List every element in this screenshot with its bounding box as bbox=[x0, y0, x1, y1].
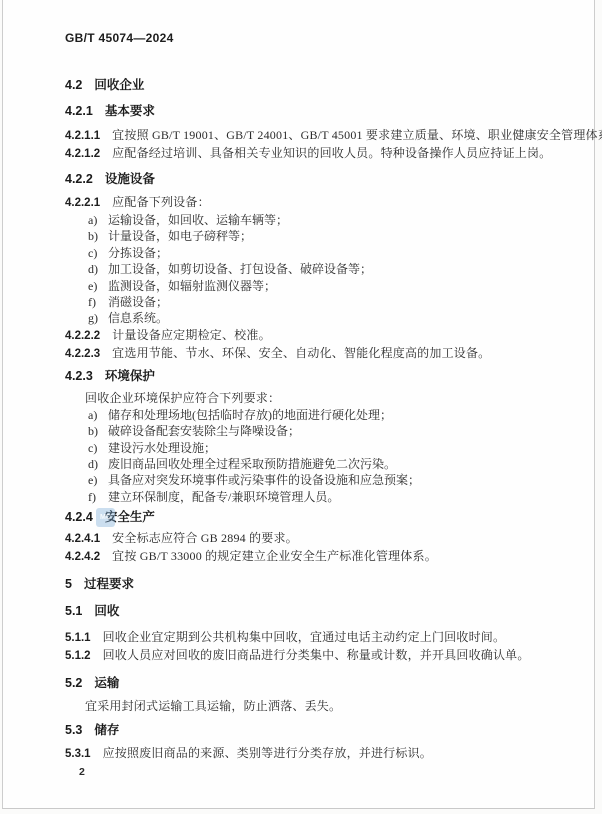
clause-5-1-1: 5.1.1回收企业宜定期到公共机构集中回收，宜通过电话主动约定上门回收时间。 bbox=[65, 629, 566, 647]
clause-4-2-2-1: 4.2.2.1应配备下列设备： bbox=[65, 194, 566, 212]
list-item-text: 破碎设备配套安装除尘与降噪设备； bbox=[108, 424, 300, 438]
list-marker: a) bbox=[88, 407, 101, 423]
section-number: 4.2.4 bbox=[65, 510, 93, 524]
clause-text: 宜按照 GB/T 19001、GB/T 24001、GB/T 45001 要求建… bbox=[112, 128, 602, 142]
list-item: f)消磁设备； bbox=[88, 294, 566, 310]
list-marker: a) bbox=[88, 212, 101, 228]
section-title: 运输 bbox=[94, 676, 119, 690]
section-number: 4.2.1 bbox=[65, 104, 93, 118]
clause-4-2-4-2: 4.2.4.2宜按 GB/T 33000 的规定建立企业安全生产标准化管理体系。 bbox=[65, 548, 566, 566]
list-item: g)信息系统。 bbox=[88, 310, 566, 326]
clause-4-2-1-1: 4.2.1.1宜按照 GB/T 19001、GB/T 24001、GB/T 45… bbox=[65, 127, 566, 145]
list-item: a)储存和处理场地(包括临时存放)的地面进行硬化处理； bbox=[88, 407, 566, 423]
clause-text: 应按照废旧商品的来源、类别等进行分类存放，并进行标识。 bbox=[103, 746, 432, 760]
clause-text: 宜选用节能、节水、环保、安全、自动化、智能化程度高的加工设备。 bbox=[112, 346, 490, 360]
list-marker: b) bbox=[88, 228, 101, 244]
list-marker: f) bbox=[88, 489, 101, 505]
list-marker: d) bbox=[88, 456, 101, 472]
clause-5-1-2: 5.1.2回收人员应对回收的废旧商品进行分类集中、称量或计数，并开具回收确认单。 bbox=[65, 647, 566, 665]
clause-number: 4.2.4.1 bbox=[65, 533, 100, 545]
section-heading-4-2-2: 4.2.2设施设备 bbox=[65, 171, 566, 188]
list-item-text: 计量设备，如电子磅秤等； bbox=[108, 229, 252, 243]
clause-4-2-1-2: 4.2.1.2应配备经过培训、具备相关专业知识的回收人员。特种设备操作人员应持证… bbox=[65, 145, 566, 163]
list-marker: e) bbox=[88, 278, 101, 294]
clause-number: 4.2.2.3 bbox=[65, 348, 100, 360]
list-item: d)废旧商品回收处理全过程采取预防措施避免二次污染。 bbox=[88, 456, 566, 472]
section-title: 回收 bbox=[94, 604, 119, 618]
section-heading-5: 5过程要求 bbox=[65, 576, 566, 593]
list-marker: f) bbox=[88, 294, 101, 310]
section-heading-4-2-1: 4.2.1基本要求 bbox=[65, 103, 566, 120]
list-item: c)分拣设备； bbox=[88, 245, 566, 261]
list-marker: d) bbox=[88, 261, 101, 277]
clause-text: 应配备经过培训、具备相关专业知识的回收人员。特种设备操作人员应持证上岗。 bbox=[112, 146, 551, 160]
section-heading-4-2: 4.2回收企业 bbox=[65, 77, 566, 94]
clause-4-2-2-2: 4.2.2.2计量设备应定期检定、校准。 bbox=[65, 327, 566, 345]
list-item-text: 具备应对突发环境事件或污染事件的设备设施和应急预案； bbox=[108, 473, 420, 487]
clause-number: 4.2.1.1 bbox=[65, 130, 100, 142]
document-page: GB/T 45074—2024 4.2回收企业 4.2.1基本要求 4.2.1.… bbox=[2, 0, 595, 809]
section-title: 回收企业 bbox=[94, 78, 144, 92]
list-item: b)计量设备，如电子磅秤等； bbox=[88, 228, 566, 244]
section-number: 4.2.3 bbox=[65, 369, 93, 383]
section-title: 过程要求 bbox=[84, 577, 134, 591]
section-title: 安全生产 bbox=[105, 510, 155, 524]
list-item-text: 加工设备，如剪切设备、打包设备、破碎设备等； bbox=[108, 262, 372, 276]
list-item-text: 建设污水处理设施； bbox=[108, 441, 216, 455]
page-number: 2 bbox=[79, 765, 566, 780]
clause-text: 回收企业宜定期到公共机构集中回收，宜通过电话主动约定上门回收时间。 bbox=[103, 630, 506, 644]
list-item: f)建立环保制度，配备专/兼职环境管理人员。 bbox=[88, 489, 566, 505]
section-heading-5-1: 5.1回收 bbox=[65, 603, 566, 620]
section-number: 4.2.2 bbox=[65, 172, 93, 186]
list-marker: b) bbox=[88, 423, 101, 439]
clause-number: 5.1.2 bbox=[65, 650, 91, 662]
list-marker: c) bbox=[88, 440, 101, 456]
clause-4-2-2-3: 4.2.2.3宜选用节能、节水、环保、安全、自动化、智能化程度高的加工设备。 bbox=[65, 345, 566, 363]
list-item-text: 建立环保制度，配备专/兼职环境管理人员。 bbox=[108, 490, 339, 504]
list-item-text: 消磁设备； bbox=[108, 295, 168, 309]
section-title: 设施设备 bbox=[105, 172, 155, 186]
section-heading-5-2: 5.2运输 bbox=[65, 675, 566, 692]
clause-4-2-4-1: 4.2.4.1安全标志应符合 GB 2894 的要求。 bbox=[65, 530, 566, 548]
section-title: 基本要求 bbox=[105, 104, 155, 118]
list-item: b)破碎设备配套安装除尘与降噪设备； bbox=[88, 423, 566, 439]
section-heading-5-3: 5.3储存 bbox=[65, 722, 566, 739]
list-item-text: 信息系统。 bbox=[108, 311, 168, 325]
list-item: e)具备应对突发环境事件或污染事件的设备设施和应急预案； bbox=[88, 472, 566, 488]
list-item-text: 储存和处理场地(包括临时存放)的地面进行硬化处理； bbox=[108, 408, 392, 422]
section-number: 5.3 bbox=[65, 723, 82, 737]
clause-number: 4.2.2.1 bbox=[65, 197, 100, 209]
clause-text: 宜按 GB/T 33000 的规定建立企业安全生产标准化管理体系。 bbox=[112, 549, 437, 563]
section-number: 5.2 bbox=[65, 676, 82, 690]
standard-number-header: GB/T 45074—2024 bbox=[65, 30, 566, 47]
clause-number: 4.2.1.2 bbox=[65, 148, 100, 160]
list-item-text: 运输设备，如回收、运输车辆等； bbox=[108, 213, 288, 227]
list-item: e)监测设备，如辐射监测仪器等； bbox=[88, 278, 566, 294]
paragraph: 宜采用封闭式运输工具运输，防止洒落、丢失。 bbox=[65, 698, 566, 715]
clause-text: 应配备下列设备： bbox=[112, 195, 210, 209]
list-item: a)运输设备，如回收、运输车辆等； bbox=[88, 212, 566, 228]
list-item: d)加工设备，如剪切设备、打包设备、破碎设备等； bbox=[88, 261, 566, 277]
clause-number: 5.1.1 bbox=[65, 632, 91, 644]
section-number: 4.2 bbox=[65, 78, 82, 92]
list-marker: g) bbox=[88, 310, 101, 326]
clause-5-3-1: 5.3.1应按照废旧商品的来源、类别等进行分类存放，并进行标识。 bbox=[65, 745, 566, 763]
list-marker: e) bbox=[88, 472, 101, 488]
document-content: GB/T 45074—2024 4.2回收企业 4.2.1基本要求 4.2.1.… bbox=[3, 0, 594, 780]
list-item: c)建设污水处理设施； bbox=[88, 440, 566, 456]
paragraph: 回收企业环境保护应符合下列要求： bbox=[65, 390, 566, 407]
list-item-text: 分拣设备； bbox=[108, 246, 168, 260]
section-title: 储存 bbox=[94, 723, 119, 737]
section-number: 5.1 bbox=[65, 604, 82, 618]
section-number: 5 bbox=[65, 577, 72, 591]
clause-number: 5.3.1 bbox=[65, 748, 91, 760]
list-item-text: 监测设备，如辐射监测仪器等； bbox=[108, 279, 276, 293]
list-marker: c) bbox=[88, 245, 101, 261]
clause-text: 回收人员应对回收的废旧商品进行分类集中、称量或计数，并开具回收确认单。 bbox=[103, 648, 530, 662]
section-title: 环境保护 bbox=[105, 369, 155, 383]
clause-number: 4.2.4.2 bbox=[65, 551, 100, 563]
section-heading-4-2-3: 4.2.3环境保护 bbox=[65, 368, 566, 385]
clause-number: 4.2.2.2 bbox=[65, 330, 100, 342]
section-heading-4-2-4: 4.2.4安全生产 bbox=[65, 509, 566, 526]
clause-text: 计量设备应定期检定、校准。 bbox=[112, 328, 271, 342]
clause-text: 安全标志应符合 GB 2894 的要求。 bbox=[112, 531, 298, 545]
list-item-text: 废旧商品回收处理全过程采取预防措施避免二次污染。 bbox=[108, 457, 396, 471]
